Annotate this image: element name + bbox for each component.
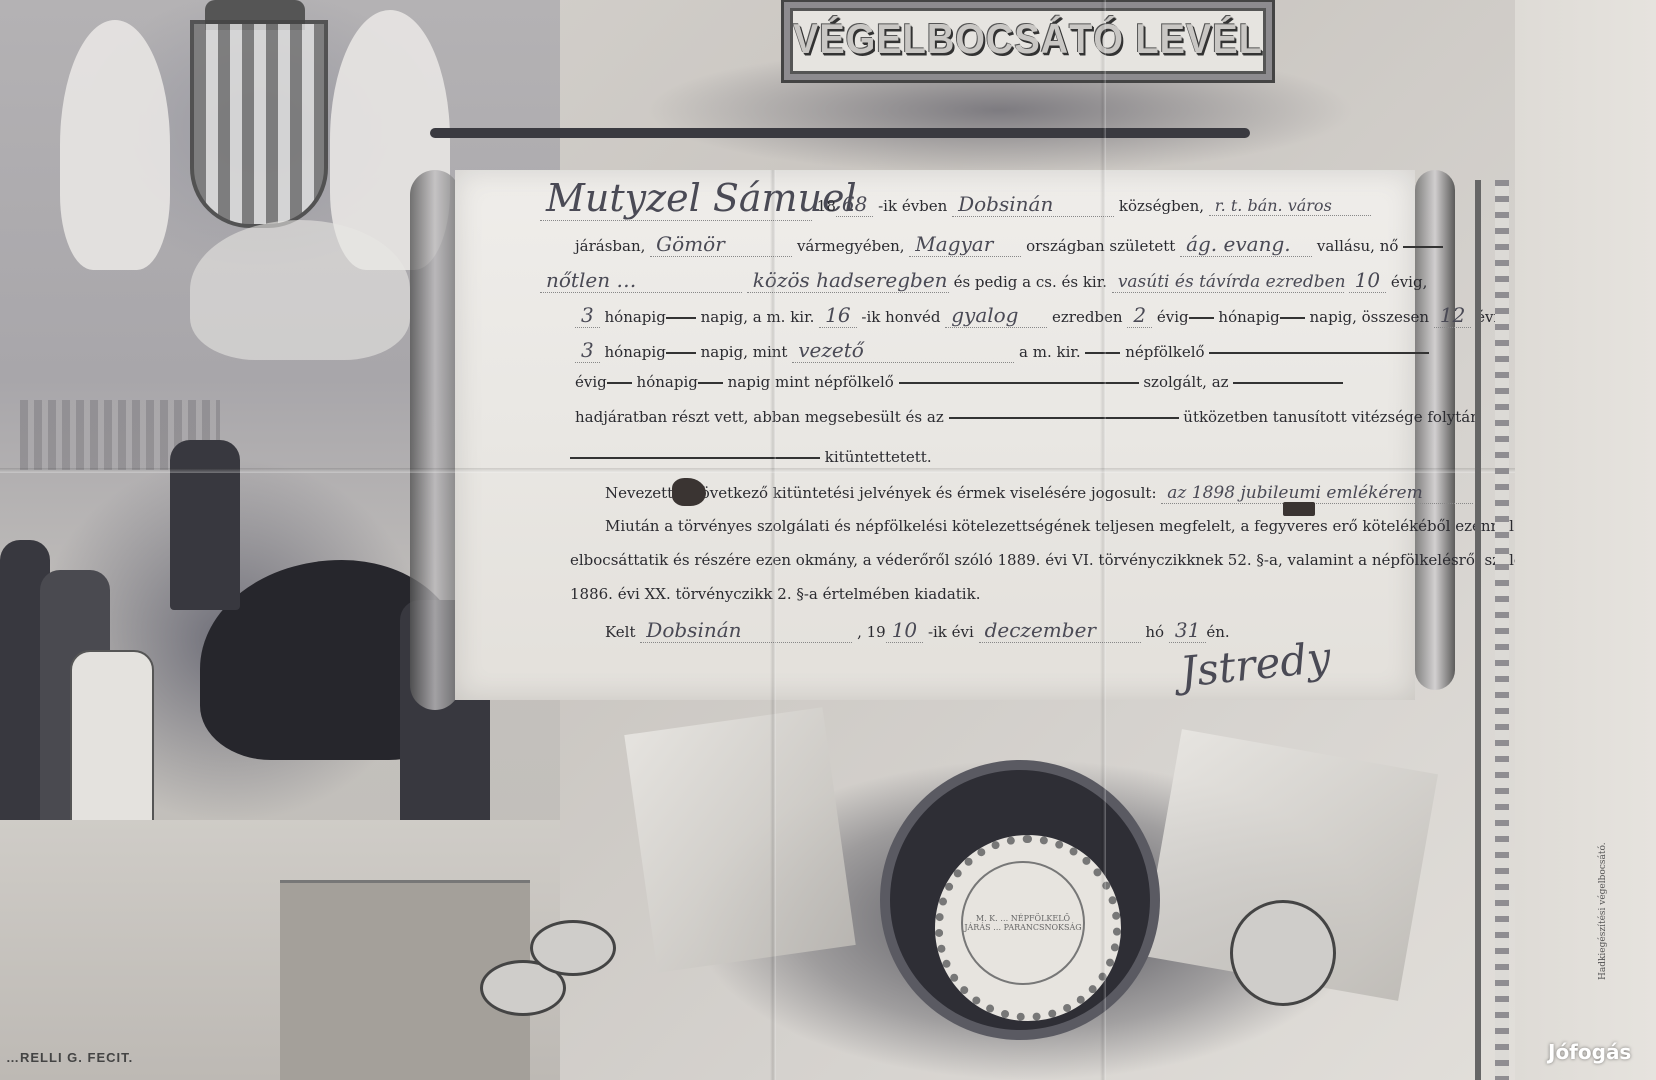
paper-tear (672, 478, 706, 506)
months-field: 3 (575, 303, 600, 328)
label: hónapig (1218, 308, 1279, 326)
label: a m. kir. (1019, 343, 1081, 361)
label: Kelt (605, 623, 636, 641)
blank-line (1233, 382, 1343, 384)
form-line-9: Nevezett a következő kitüntetési jelvény… (605, 483, 1473, 504)
label: hónapig (637, 373, 698, 391)
para-line-2: elbocsáttatik és részére ezen okmány, a … (570, 551, 1523, 569)
months-field: 3 (575, 338, 600, 363)
label: községben, (1119, 197, 1204, 215)
issue-year-field: 10 (886, 618, 923, 643)
coat-of-arms-icon (190, 20, 328, 228)
label: , 19 (857, 623, 886, 641)
service-place-field: közös hadseregben (747, 268, 949, 293)
side-print-text: Hadkiegészítési végelbocsátó. (1598, 842, 1608, 980)
blank-line (666, 352, 696, 354)
issue-day-field: 31 (1169, 618, 1206, 643)
label: -ik évben (878, 197, 947, 215)
date-line: Kelt Dobsinán , 1910 -ik évi deczember h… (605, 618, 1230, 643)
seal: M. K. … NÉPFÖLKELŐ JÁRÁS … PARANCSNOKSÁG (935, 835, 1121, 1021)
label: napig mint népfölkelő (728, 373, 894, 391)
blank-line (1189, 317, 1214, 319)
blank-line (570, 457, 820, 459)
label: hónapig (605, 343, 666, 361)
form-line-2: járásban, Gömör vármegyében, Magyar orsz… (575, 232, 1443, 257)
label: évig (1157, 308, 1189, 326)
paper-fold (770, 170, 776, 1080)
paper-fold (0, 468, 1656, 473)
mounted-soldier-figure (170, 440, 240, 610)
label: kitüntettetett. (825, 448, 932, 466)
label: hónapig (605, 308, 666, 326)
label: -ik évi (928, 623, 974, 641)
country-field: Magyar (909, 232, 1021, 257)
form-line-5: 3 hónapig napig, mint vezető a m. kir. n… (575, 338, 1429, 363)
label: vallásu, nő (1317, 237, 1399, 255)
label: napig, a m. kir. (701, 308, 815, 326)
year-prefix: 18 (817, 197, 836, 215)
label: napig, összesen (1310, 308, 1430, 326)
paper-fold (1100, 0, 1106, 1080)
birth-year-field: 68 (836, 192, 873, 217)
drum-icon (1230, 900, 1336, 1006)
birthplace-field: Dobsinán (952, 192, 1114, 217)
total-years-field: 12 (1434, 303, 1471, 328)
form-line-1: Mutyzel Sámuel 1868 -ik évben Dobsinán k… (540, 176, 1371, 221)
title-cartouche: VÉGELBOCSÁTÓ LEVÉL (790, 8, 1266, 74)
right-margin (1515, 0, 1656, 1080)
drapery (190, 220, 410, 360)
document-title: VÉGELBOCSÁTÓ LEVÉL (793, 17, 1263, 64)
blank-line (666, 317, 696, 319)
label: évig, (1391, 273, 1428, 291)
para-line-1: Miután a törvényes szolgálati és népfölk… (605, 517, 1514, 535)
label: és pedig a cs. és kir. (954, 273, 1107, 291)
form-line-6: évig hónapig napig mint népfölkelő szolg… (575, 373, 1343, 391)
label: vármegyében, (797, 237, 905, 255)
blank-line (949, 417, 1179, 419)
label: ezredben (1052, 308, 1123, 326)
blank-line (1403, 246, 1443, 248)
religion-field: ág. evang. (1180, 232, 1312, 257)
drum-icon (530, 920, 616, 976)
form-line-4: 3 hónapig napig, a m. kir. 16 -ik honvéd… (575, 303, 1508, 328)
label: én. (1206, 623, 1229, 641)
scroll-rod (430, 128, 1250, 138)
regiment-years-field: 2 (1127, 303, 1152, 328)
honved-number-field: 16 (819, 303, 856, 328)
official-stamp: M. K. … NÉPFÖLKELŐ JÁRÁS … PARANCSNOKSÁG (961, 861, 1085, 985)
form-line-3: nőtlen … közös hadseregben és pedig a cs… (540, 268, 1427, 293)
blank-line (607, 382, 632, 384)
artist-signature: …RELLI G. FECIT. (6, 1050, 133, 1065)
years-field: 10 (1349, 268, 1386, 293)
role-field: vezető (792, 338, 1014, 363)
branch-field: gyalog (945, 303, 1047, 328)
blank-line (1209, 352, 1429, 354)
place-note-field: r. t. bán. város (1209, 196, 1371, 216)
label: hadjáratban részt vett, abban megsebesül… (575, 408, 944, 426)
issue-place-field: Dobsinán (640, 618, 852, 643)
scroll-left-curl (410, 170, 460, 710)
blank-line (1280, 317, 1305, 319)
label: -ik honvéd (861, 308, 940, 326)
label: évig (575, 373, 607, 391)
decorations-field: az 1898 jubileumi emlékérem (1161, 483, 1473, 504)
label: járásban, (575, 237, 645, 255)
label: népfölkelő (1125, 343, 1204, 361)
certificate-photo: …RELLI G. FECIT. VÉGELBOCSÁTÓ LEVÉL Muty… (0, 0, 1656, 1080)
form-line-8: kitüntettetett. (570, 448, 932, 466)
unit-field: vasúti és távírda ezredben (1112, 272, 1344, 293)
issue-month-field: deczember (979, 618, 1141, 643)
watermark: Jófogás (1548, 1040, 1631, 1064)
angel-left-figure (60, 20, 170, 270)
label: hó (1145, 623, 1164, 641)
paper-tear (1283, 502, 1315, 516)
form-line-7: hadjáratban részt vett, abban megsebesül… (575, 408, 1480, 426)
label: szolgált, az (1143, 373, 1228, 391)
right-border-line (1475, 180, 1481, 1080)
blank-line (698, 382, 723, 384)
flag-left (624, 707, 855, 972)
status-field: nőtlen … (540, 268, 742, 293)
right-ornamental-border (1495, 180, 1509, 1080)
label: ütközetben tanusított vitézsége folytán (1183, 408, 1480, 426)
